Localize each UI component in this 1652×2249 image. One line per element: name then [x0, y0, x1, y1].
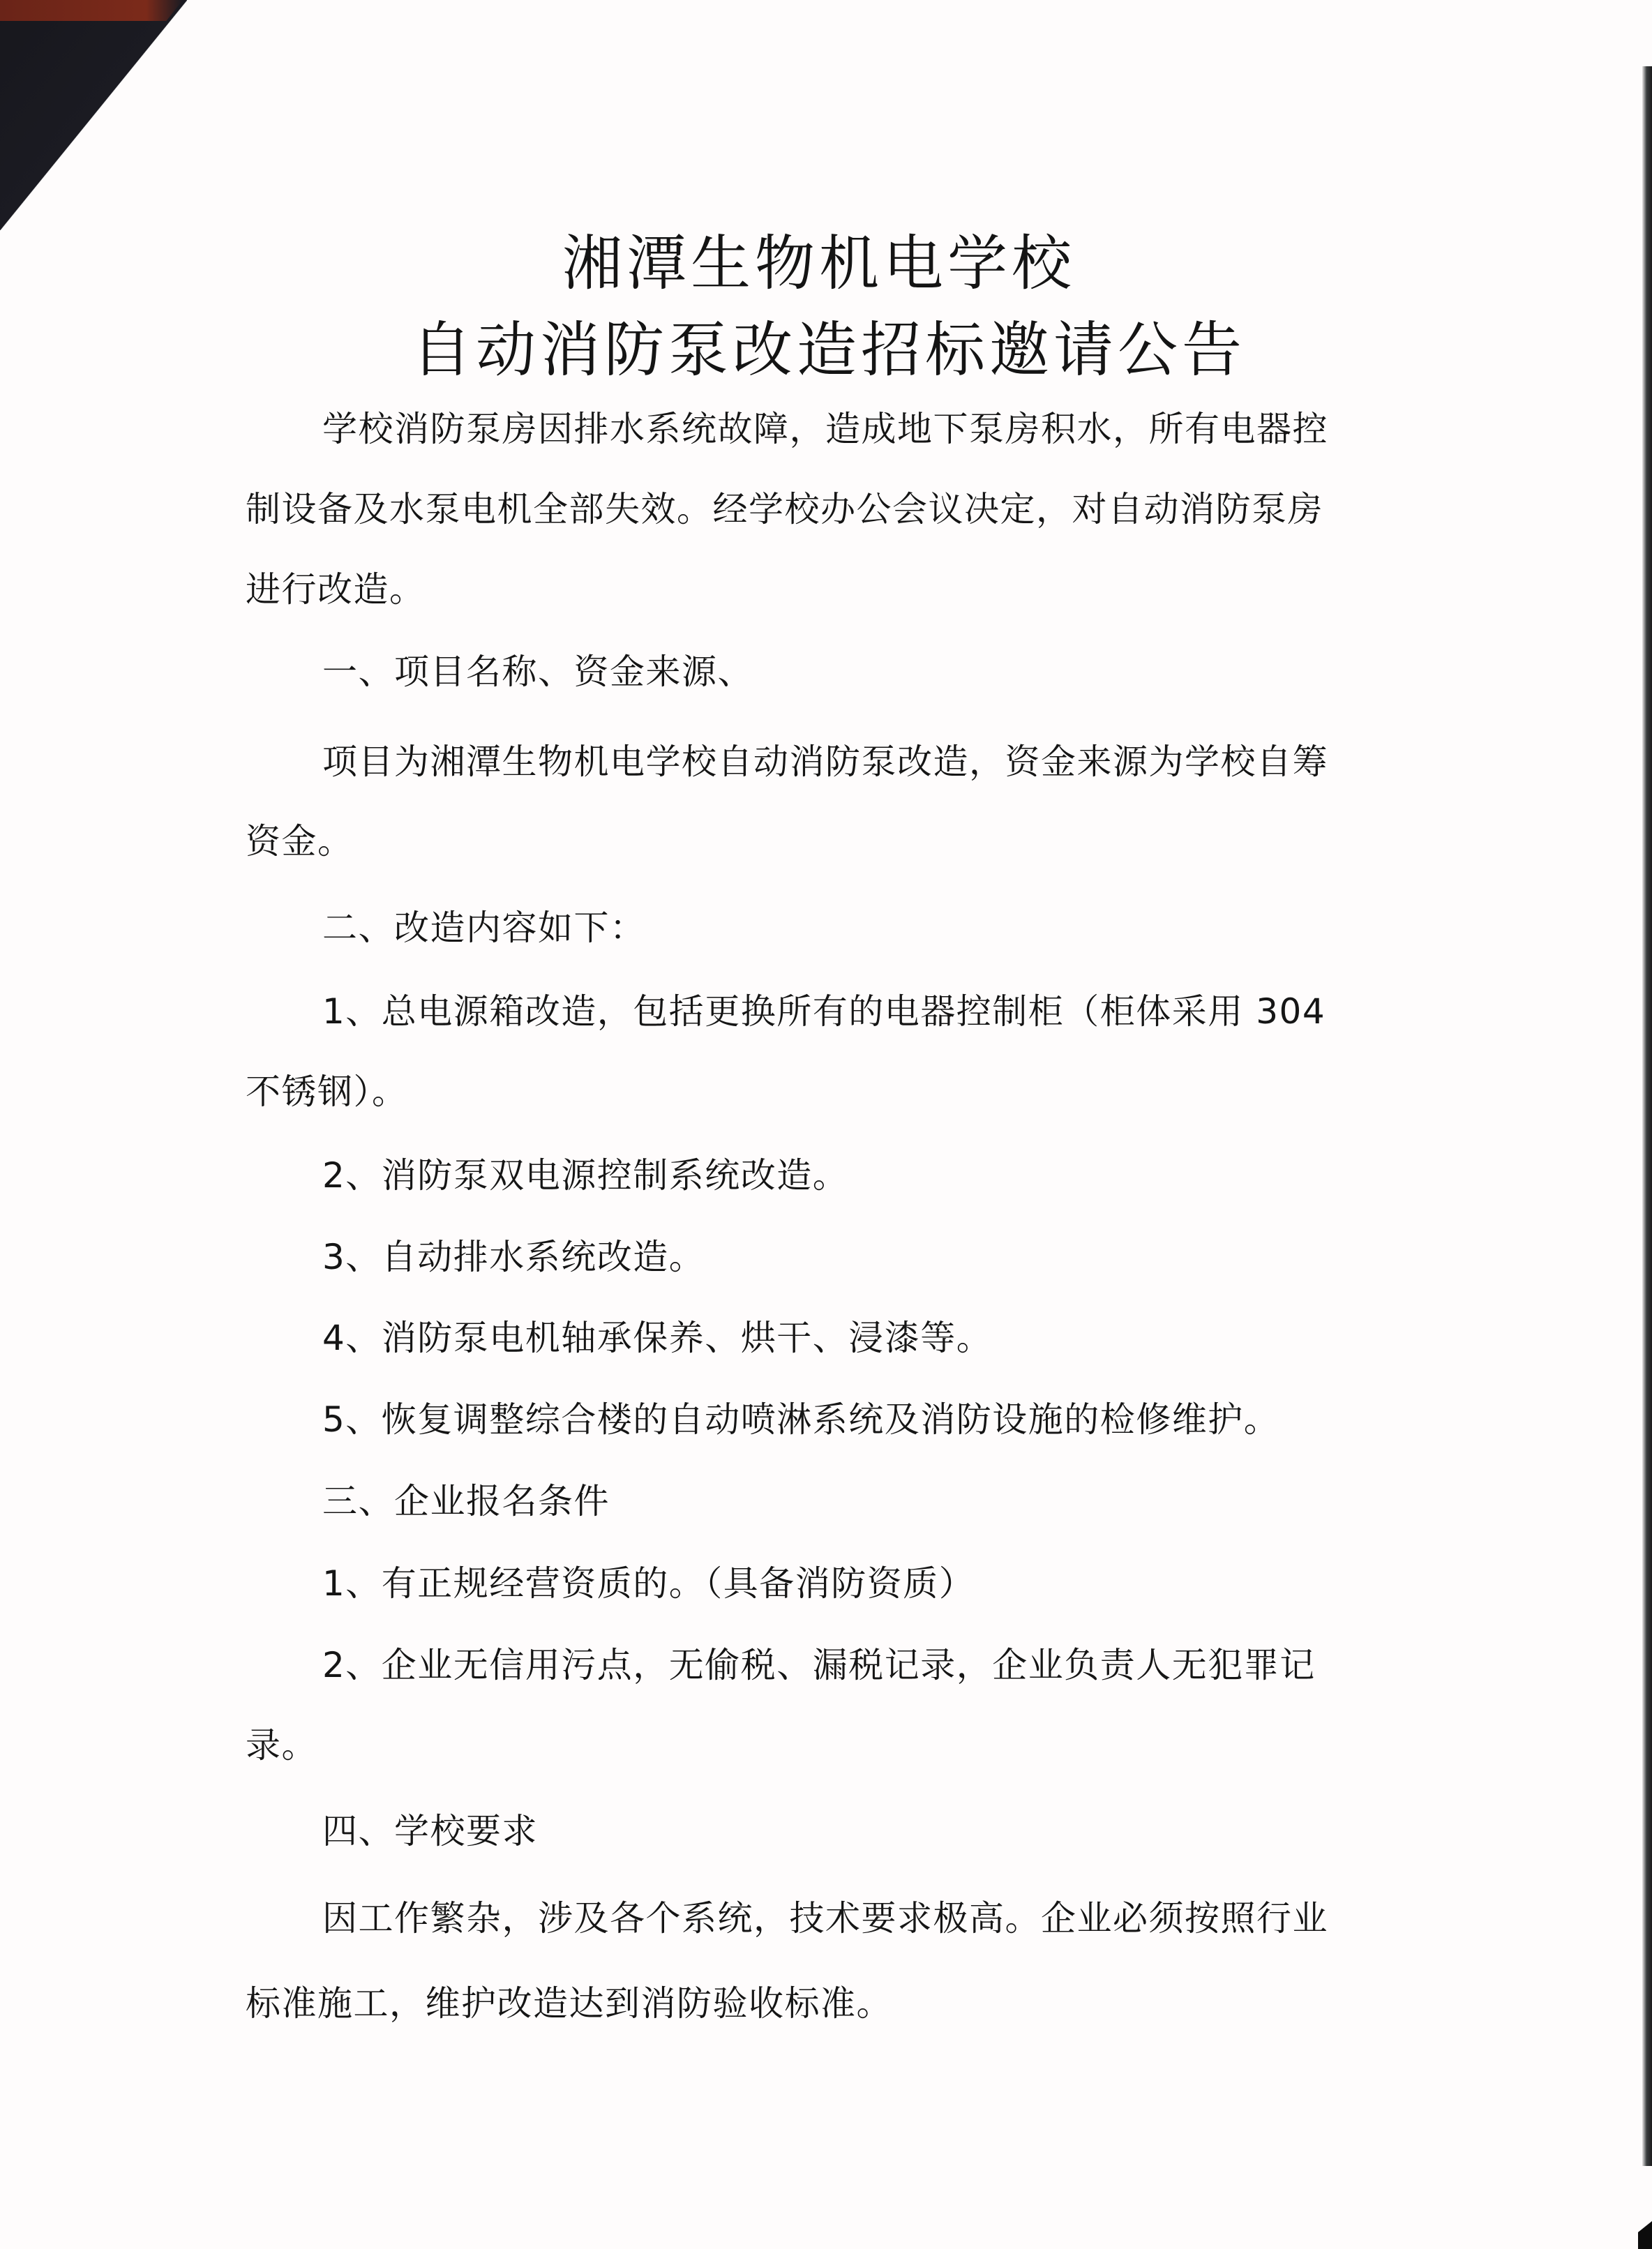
section-1-line-2: 资金。 [246, 820, 354, 862]
section-2-item-4: 4、消防泵电机轴承保养、烘干、浸漆等。 [322, 1317, 992, 1359]
section-2-item-3: 3、自动排水系统改造。 [322, 1236, 705, 1278]
intro-line-3: 进行改造。 [246, 569, 426, 610]
section-3-item-1: 1、有正规经营资质的。（具备消防资质） [322, 1563, 975, 1604]
section-4-line-2: 标准施工，维护改造达到消防验收标准。 [246, 1983, 892, 2024]
section-2-heading: 二、改造内容如下： [322, 907, 646, 949]
section-3-item-2-line-1: 2、企业无信用污点，无偷税、漏税记录，企业负责人无犯罪记 [322, 1644, 1316, 1686]
section-2-item-1-line-2: 不锈钢）。 [246, 1071, 408, 1113]
section-1-heading: 一、项目名称、资金来源、 [322, 651, 753, 693]
document-title-notice: 自动消防泵改造招标邀请公告 [3, 301, 1652, 388]
section-4-heading: 四、学校要求 [322, 1810, 538, 1852]
paper-sheet: 湘潭生物机电学校 自动消防泵改造招标邀请公告 学校消防泵房因排水系统故障，造成地… [0, 0, 1652, 2249]
intro-line-1: 学校消防泵房因排水系统故障，造成地下泵房积水，所有电器控 [322, 408, 1328, 450]
section-2-item-2: 2、消防泵双电源控制系统改造。 [322, 1154, 848, 1196]
section-2-item-5: 5、恢复调整综合楼的自动喷淋系统及消防设施的检修维护。 [322, 1399, 1279, 1441]
section-4-line-1: 因工作繁杂，涉及各个系统，技术要求极高。企业必须按照行业 [322, 1897, 1328, 1939]
photo-background-corner [0, 0, 187, 230]
section-3-heading: 三、企业报名条件 [322, 1480, 610, 1522]
document-title-school: 湘潭生物机电学校 [0, 215, 1645, 301]
photo-background-red-strip [0, 0, 183, 21]
section-1-line-1: 项目为湘潭生物机电学校自动消防泵改造，资金来源为学校自筹 [322, 741, 1328, 783]
intro-line-2: 制设备及水泵电机全部失效。经学校办公会议决定，对自动消防泵房 [246, 488, 1323, 530]
photo-background-bottom-corner [1638, 2221, 1652, 2249]
section-2-item-1-line-1: 1、总电源箱改造，包括更换所有的电器控制柜（柜体采用 304 [322, 991, 1326, 1032]
section-3-item-2-line-2: 录。 [246, 1724, 317, 1766]
